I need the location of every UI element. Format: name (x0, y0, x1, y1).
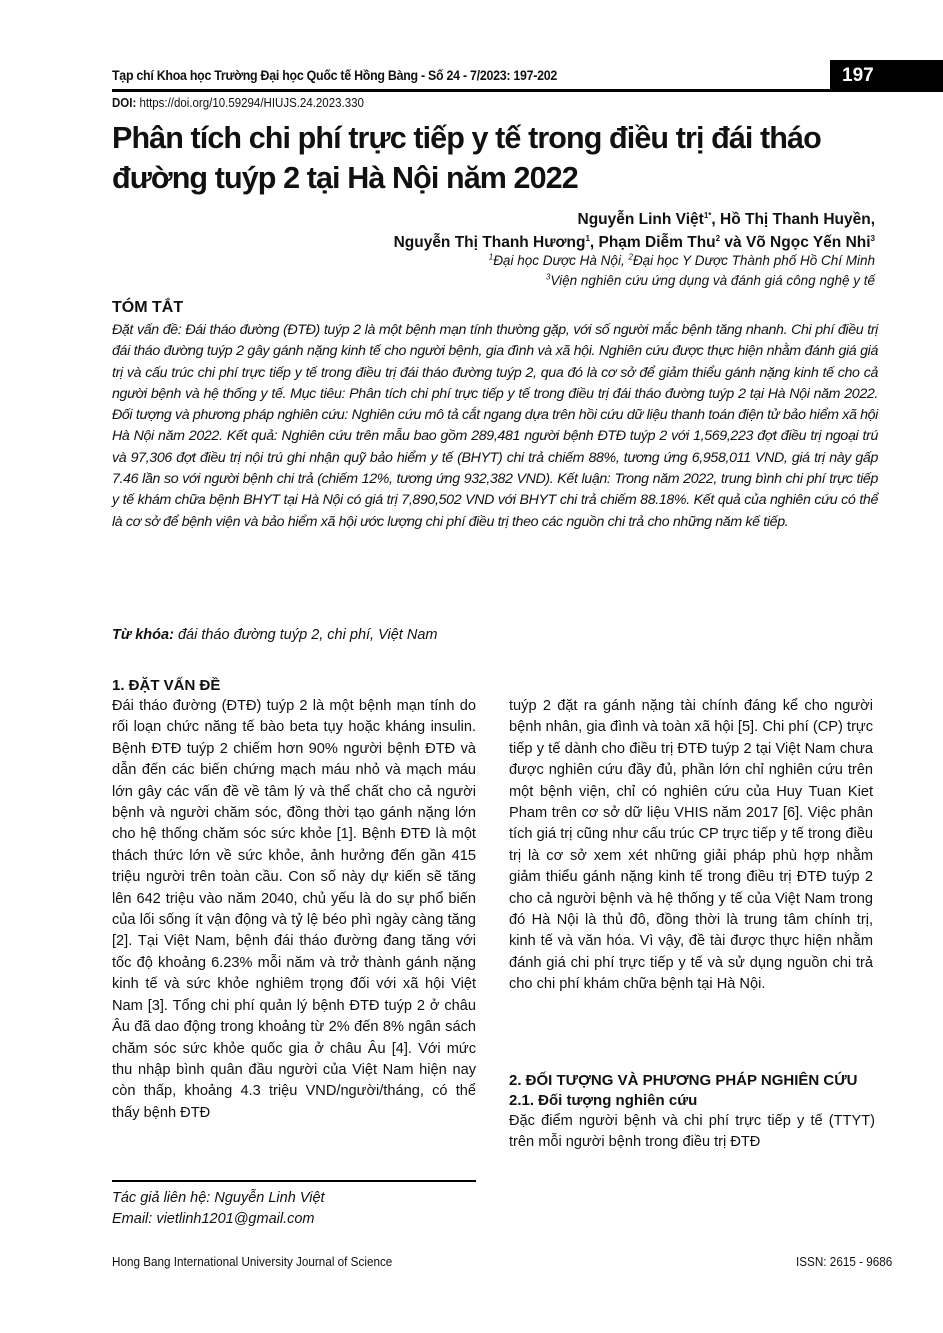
column-left: 1. ĐẶT VẤN ĐỀ Đái tháo đường (ĐTĐ) tuýp … (112, 676, 476, 1124)
author-name: , Phạm Diễm Thu (590, 234, 716, 251)
doi-link[interactable]: https://doi.org/10.59294/HIUJS.24.2023.3… (136, 96, 364, 110)
contact-email[interactable]: Email: vietlinh1201@gmail.com (112, 1209, 325, 1230)
author-name: Nguyễn Thị Thanh Hương (394, 234, 586, 251)
page-number: 197 (830, 60, 943, 92)
footnote-rule (112, 1180, 476, 1182)
keywords-label: Từ khóa: (112, 627, 174, 643)
keywords-value: đái tháo đường tuýp 2, chi phí, Việt Nam (174, 627, 438, 643)
author-list: Nguyễn Linh Việt1*, Hồ Thị Thanh Huyền, … (394, 208, 875, 254)
abstract-heading: TÓM TẮT (112, 299, 183, 317)
author-line-1: Nguyễn Linh Việt1*, Hồ Thị Thanh Huyền, (394, 208, 875, 231)
introduction-paragraph-left: Đái tháo đường (ĐTĐ) tuýp 2 là một bệnh … (112, 696, 476, 1124)
introduction-paragraph-right: tuýp 2 đặt ra gánh nặng tài chính đáng k… (509, 696, 873, 996)
header-rule (112, 89, 834, 92)
affiliation-line-1: 1Đại học Dược Hà Nội, 2Đại học Y Dược Th… (489, 251, 875, 271)
footer-issn: ISSN: 2615 - 9686 (796, 1254, 892, 1269)
author-name: và Võ Ngọc Yến Nhi (720, 234, 870, 251)
author-name: , Hồ Thị Thanh Huyền, (711, 211, 875, 228)
contact-author: Tác giả liên hệ: Nguyễn Linh Việt (112, 1188, 325, 1209)
corresponding-author: Tác giả liên hệ: Nguyễn Linh Việt Email:… (112, 1188, 325, 1230)
section-heading-introduction: 1. ĐẶT VẤN ĐỀ (112, 676, 476, 696)
journal-citation: Tạp chí Khoa học Trường Đại học Quốc tế … (112, 68, 557, 83)
abstract-body: Đặt vấn đề: Đái tháo đường (ĐTĐ) tuýp 2 … (112, 320, 878, 533)
keywords: Từ khóa: đái tháo đường tuýp 2, chi phí,… (112, 627, 437, 643)
methods-paragraph: Đặc điểm người bệnh và chi phí trực tiếp… (509, 1111, 875, 1154)
doi-line: DOI: https://doi.org/10.59294/HIUJS.24.2… (112, 96, 364, 110)
affiliations: 1Đại học Dược Hà Nội, 2Đại học Y Dược Th… (489, 251, 875, 291)
doi-label: DOI: (112, 96, 136, 110)
subsection-heading-subjects: 2.1. Đối tượng nghiên cứu (509, 1091, 875, 1111)
running-header: Tạp chí Khoa học Trường Đại học Quốc tế … (112, 60, 943, 90)
article-title: Phân tích chi phí trực tiếp y tế trong đ… (112, 118, 892, 198)
footer-journal-name: Hong Bang International University Journ… (112, 1254, 392, 1269)
section-methods: 2. ĐỐI TƯỢNG VÀ PHƯƠNG PHÁP NGHIÊN CỨU 2… (509, 1071, 875, 1154)
column-right: tuýp 2 đặt ra gánh nặng tài chính đáng k… (509, 696, 873, 996)
author-name: Nguyễn Linh Việt (578, 211, 704, 228)
affiliation-line-2: 3Viện nghiên cứu ứng dụng và đánh giá cô… (489, 271, 875, 291)
section-heading-methods: 2. ĐỐI TƯỢNG VÀ PHƯƠNG PHÁP NGHIÊN CỨU (509, 1071, 875, 1091)
